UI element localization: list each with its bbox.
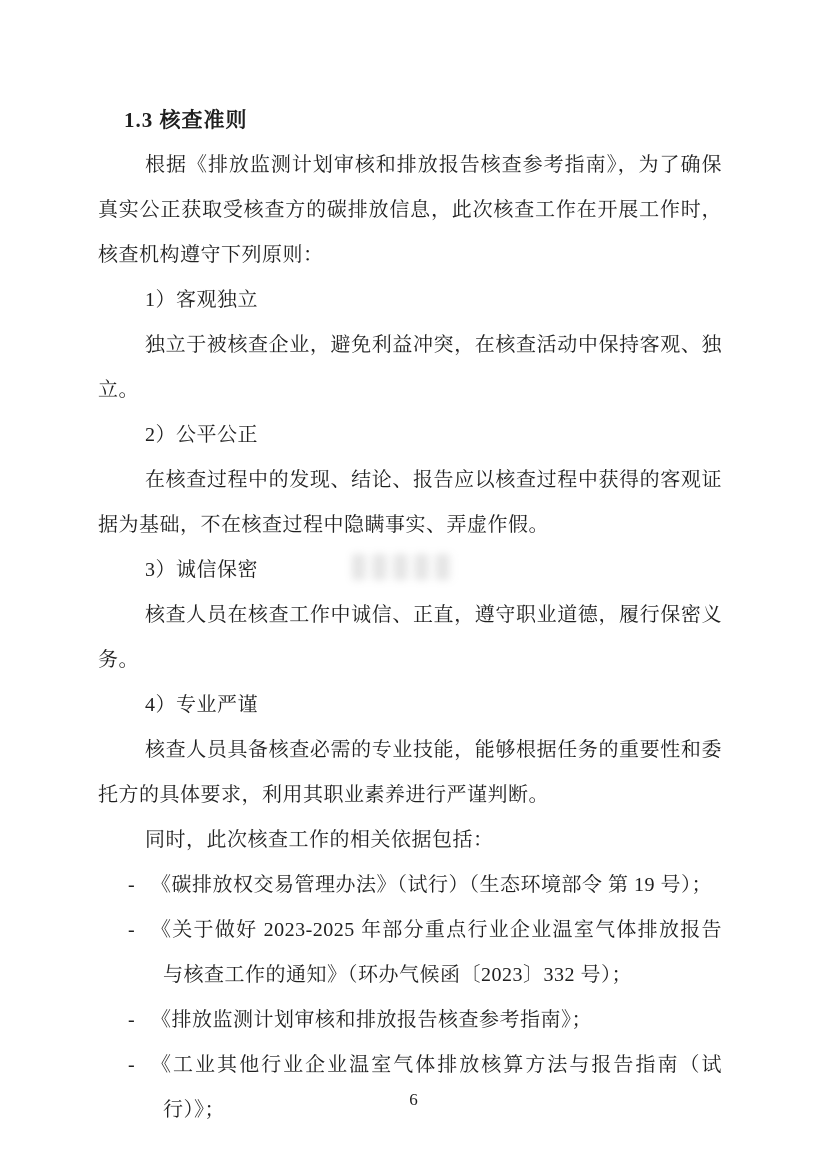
principle-4-body: 核查人员具备核查必需的专业技能，能够根据任务的重要性和委托方的具体要求，利用其职… — [98, 728, 722, 818]
principle-1-title: 1）客观独立 — [98, 278, 722, 323]
list-dash-marker: - — [128, 863, 135, 908]
page-number: 6 — [409, 1090, 418, 1109]
paragraph-intro: 根据《排放监测计划审核和排放报告核查参考指南》，为了确保真实公正获取受核查方的碳… — [98, 143, 722, 278]
references-lead-in: 同时，此次核查工作的相关依据包括： — [98, 818, 722, 863]
list-dash-marker: - — [128, 1043, 135, 1088]
reference-item: - 《碳排放权交易管理办法》（试行）（生态环境部令 第 19 号）； — [98, 863, 722, 908]
list-dash-marker: - — [128, 998, 135, 1043]
page-footer: 6 — [0, 1088, 827, 1112]
principle-4-title: 4）专业严谨 — [98, 683, 722, 728]
reference-item-text: 《关于做好 2023-2025 年部分重点行业企业温室气体排放报告与核查工作的通… — [151, 919, 722, 986]
document-body: 1.3 核查准则 根据《排放监测计划审核和排放报告核查参考指南》，为了确保真实公… — [98, 98, 722, 1133]
list-dash-marker: - — [128, 908, 135, 953]
reference-item-text: 《碳排放权交易管理办法》（试行）（生态环境部令 第 19 号）； — [151, 874, 712, 896]
principle-3-title: 3）诚信保密 — [98, 548, 722, 593]
document-page: 1.3 核查准则 根据《排放监测计划审核和排放报告核查参考指南》，为了确保真实公… — [0, 0, 827, 1170]
principle-3-body: 核查人员在核查工作中诚信、正直，遵守职业道德，履行保密义务。 — [98, 593, 722, 683]
principle-2-body: 在核查过程中的发现、结论、报告应以核查过程中获得的客观证据为基础，不在核查过程中… — [98, 458, 722, 548]
reference-item-text: 《排放监测计划审核和排放报告核查参考指南》； — [151, 1009, 592, 1031]
reference-item: - 《排放监测计划审核和排放报告核查参考指南》； — [98, 998, 722, 1043]
section-heading: 1.3 核查准则 — [124, 98, 722, 143]
reference-item: - 《关于做好 2023-2025 年部分重点行业企业温室气体排放报告与核查工作… — [98, 908, 722, 998]
principle-1-body: 独立于被核查企业，避免利益冲突，在核查活动中保持客观、独立。 — [98, 323, 722, 413]
principle-2-title: 2）公平公正 — [98, 413, 722, 458]
